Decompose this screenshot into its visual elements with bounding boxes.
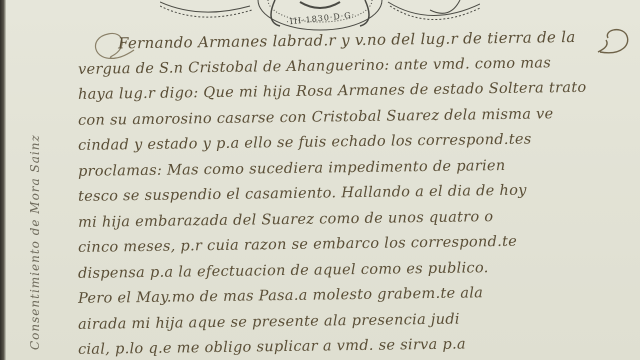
binding-edge [0,0,6,360]
manuscript-page: ·III·1830·D·G· Consentimiento de Mora Sa… [0,0,640,360]
margin-annotation: Consentimiento de Mora Sainz [28,50,48,350]
manuscript-body: Fernando Armanes labrad.r y v.no del lug… [78,28,638,360]
